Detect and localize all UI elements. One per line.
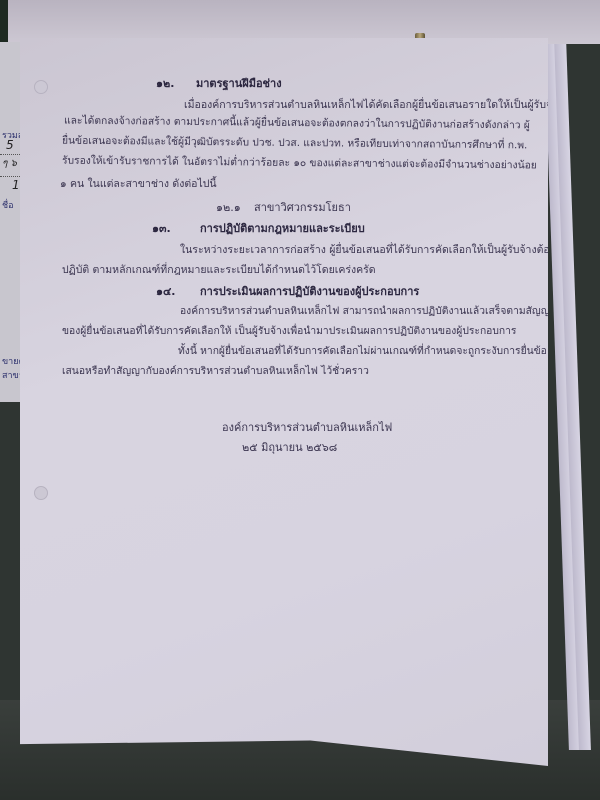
- document-page: ๑๒. มาตรฐานฝีมือช่าง เมื่อองค์การบริหารส…: [20, 38, 548, 766]
- section-13-number: ๑๓.: [152, 219, 171, 237]
- section-12-line: และได้ตกลงจ้างก่อสร้าง ตามประกาศนี้แล้วผ…: [64, 112, 530, 134]
- section-12-line: ๑ คน ในแต่ละสาขาช่าง ดังต่อไปนี้: [60, 175, 217, 192]
- section-14-line: เสนอหรือทำสัญญากับองค์การบริหารส่วนตำบลห…: [62, 362, 369, 379]
- section-14-line: องค์การบริหารส่วนตำบลหินเหล็กไฟ สามารถนำ…: [180, 302, 555, 319]
- signature-organization: องค์การบริหารส่วนตำบลหินเหล็กไฟ: [222, 418, 392, 436]
- section-14-line: ทั้งนี้ หากผู้ยื่นข้อเสนอที่ได้รับการคัด…: [178, 342, 547, 359]
- section-12-number: ๑๒.: [156, 74, 174, 92]
- punch-hole: [34, 80, 48, 94]
- section-14-line: ของผู้ยื่นข้อเสนอที่ได้รับการคัดเลือกให้…: [62, 322, 516, 339]
- subitem-label: สาขาวิศวกรรมโยธา: [254, 198, 351, 216]
- section-13-line: ปฏิบัติ ตามหลักเกณฑ์ที่กฎหมายและระเบียบไ…: [62, 261, 376, 278]
- punch-hole: [34, 486, 48, 500]
- section-12-line: ยื่นข้อเสนอจะต้องมีและใช้ผู้มีวุฒิบัตรระ…: [62, 132, 527, 154]
- handwritten-number: 5: [6, 138, 14, 152]
- signature-date: ๒๕ มิถุนายน ๒๕๖๘: [242, 438, 337, 456]
- section-12-line: รับรองให้เข้ารับราชการได้ ในอัตราไม่ต่ำก…: [62, 152, 537, 174]
- folded-page-flap: [8, 0, 600, 44]
- section-13-title: การปฏิบัติตามกฎหมายและระเบียบ: [200, 219, 365, 237]
- section-14-number: ๑๔.: [156, 282, 176, 300]
- section-12-line: เมื่อองค์การบริหารส่วนตำบลหินเหล็กไฟได้ค…: [184, 96, 563, 113]
- section-14-title: การประเมินผลการปฏิบัติงานของผู้ประกอบการ: [200, 282, 419, 300]
- section-13-line: ในระหว่างระยะเวลาการก่อสร้าง ผู้ยื่นข้อเ…: [180, 241, 555, 258]
- subitem-number: ๑๒.๑: [216, 198, 241, 216]
- section-12-title: มาตรฐานฝีมือช่าง: [196, 74, 282, 92]
